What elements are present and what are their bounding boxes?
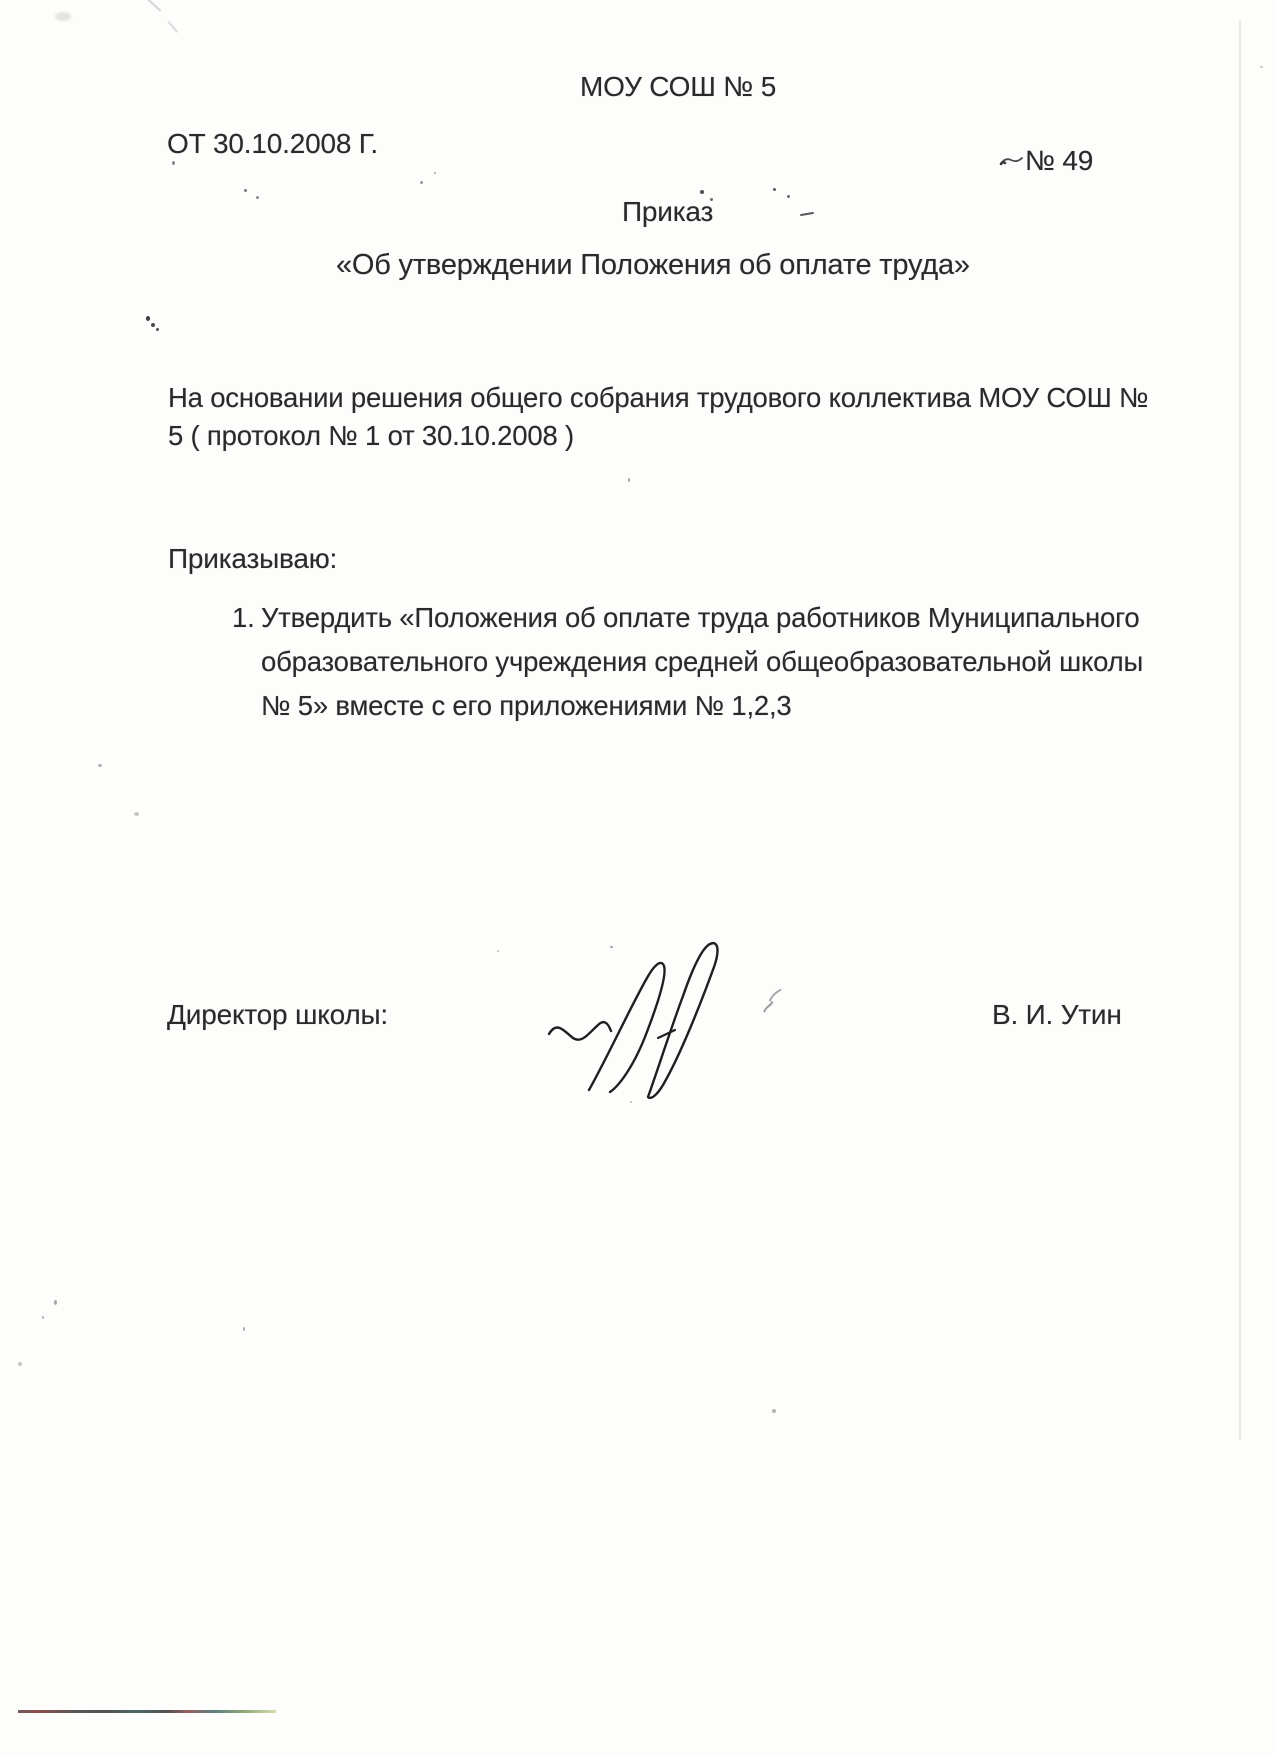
scan-speck xyxy=(55,12,71,21)
scan-artifact-line xyxy=(18,1710,276,1713)
signer-name: В. И. Утин xyxy=(992,1001,1122,1029)
order-title: «Об утверждении Положения об оплате труд… xyxy=(336,251,970,280)
scanned-order-document: МОУ СОШ № 5 ОТ 30.10.2008 Г. № 49 Приказ… xyxy=(0,0,1275,1755)
scan-speck xyxy=(787,195,790,198)
scan-layer: МОУ СОШ № 5 ОТ 30.10.2008 Г. № 49 Приказ… xyxy=(0,0,1275,1755)
scan-speck xyxy=(630,1101,632,1103)
scan-speck xyxy=(497,950,499,952)
order-number: № 49 xyxy=(1025,147,1093,175)
scan-speck xyxy=(134,812,139,816)
ink-mark xyxy=(146,316,150,321)
scan-speck xyxy=(610,946,613,948)
scan-speck xyxy=(628,478,630,482)
directive-label: Приказываю: xyxy=(168,545,337,573)
list-item-line: образовательного учреждения средней обще… xyxy=(261,648,1143,676)
list-item-number: 1. xyxy=(232,604,255,632)
body-line: На основании решения общего собрания тру… xyxy=(168,384,1148,412)
signer-role-label: Директор школы: xyxy=(167,1001,388,1029)
list-item-line: № 5» вместе с его приложениями № 1,2,3 xyxy=(261,692,792,720)
ink-smudge-icon xyxy=(999,153,1025,169)
scan-scratch xyxy=(168,21,178,33)
scan-speck xyxy=(54,1300,57,1305)
scan-speck xyxy=(434,172,436,174)
scan-speck xyxy=(18,1362,22,1366)
ink-mark xyxy=(156,328,159,331)
scan-speck xyxy=(710,198,713,201)
order-date: ОТ 30.10.2008 Г. xyxy=(167,130,378,158)
list-item-line: Утвердить «Положения об оплате труда раб… xyxy=(261,604,1139,632)
scan-speck xyxy=(172,161,175,165)
scan-speck xyxy=(42,1316,44,1319)
scan-speck xyxy=(243,1327,245,1331)
scan-speck xyxy=(772,1409,776,1413)
scan-speck xyxy=(700,190,704,194)
order-heading: Приказ xyxy=(622,198,713,226)
scan-speck xyxy=(256,196,259,199)
organization-name: МОУ СОШ № 5 xyxy=(580,73,776,101)
scan-edge-line xyxy=(1239,20,1241,1440)
scan-speck xyxy=(420,181,423,184)
scan-dash xyxy=(800,212,814,217)
scan-scratch xyxy=(143,0,162,11)
pencil-smudge-icon xyxy=(758,986,787,1015)
scan-speck xyxy=(773,188,776,191)
scan-speck xyxy=(98,764,102,767)
scan-speck xyxy=(1260,66,1263,68)
scan-speck xyxy=(244,189,247,192)
handwritten-signature xyxy=(545,933,725,1105)
body-line: 5 ( протокол № 1 от 30.10.2008 ) xyxy=(168,422,574,450)
ink-mark xyxy=(151,323,155,327)
